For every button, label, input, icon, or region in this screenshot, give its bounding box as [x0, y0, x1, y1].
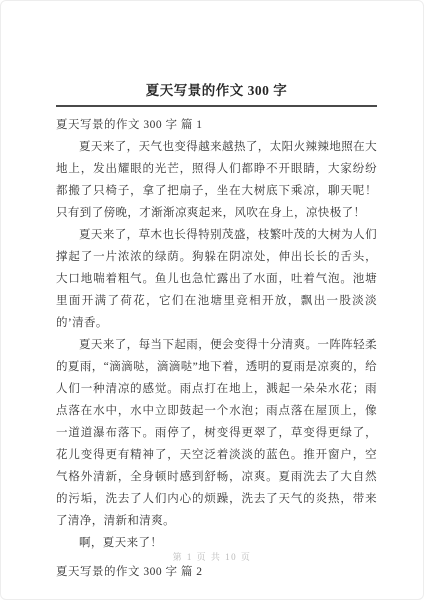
- section-1-paragraph-2: 夏天来了，草木也长得特别茂盛，枝繁叶茂的大树为人们撑起了一片浓浓的绿荫。狗躲在阴…: [56, 224, 377, 334]
- section-1-paragraph-3: 夏天来了，每当下起雨，便会变得十分清爽。一阵阵轻柔的夏雨，“滴滴哒，滴滴哒”地下…: [56, 334, 377, 532]
- title-divider: [56, 105, 377, 107]
- section-1-heading: 夏天写景的作文 300 字 篇 1: [56, 114, 377, 136]
- section-2-heading: 夏天写景的作文 300 字 篇 2: [56, 561, 377, 583]
- document-content: 夏天写景的作文 300 字 夏天写景的作文 300 字 篇 1 夏天来了，天气也…: [1, 83, 423, 583]
- document-page: 夏天写景的作文 300 字 夏天写景的作文 300 字 篇 1 夏天来了，天气也…: [0, 0, 424, 600]
- section-1-paragraph-1: 夏天来了，天气也变得越来越热了，太阳火辣辣地照在大地上，发出耀眼的光芒，照得人们…: [56, 136, 377, 224]
- page-number-indicator: 第 1 页 共 10 页: [1, 550, 423, 563]
- page-title: 夏天写景的作文 300 字: [56, 83, 377, 98]
